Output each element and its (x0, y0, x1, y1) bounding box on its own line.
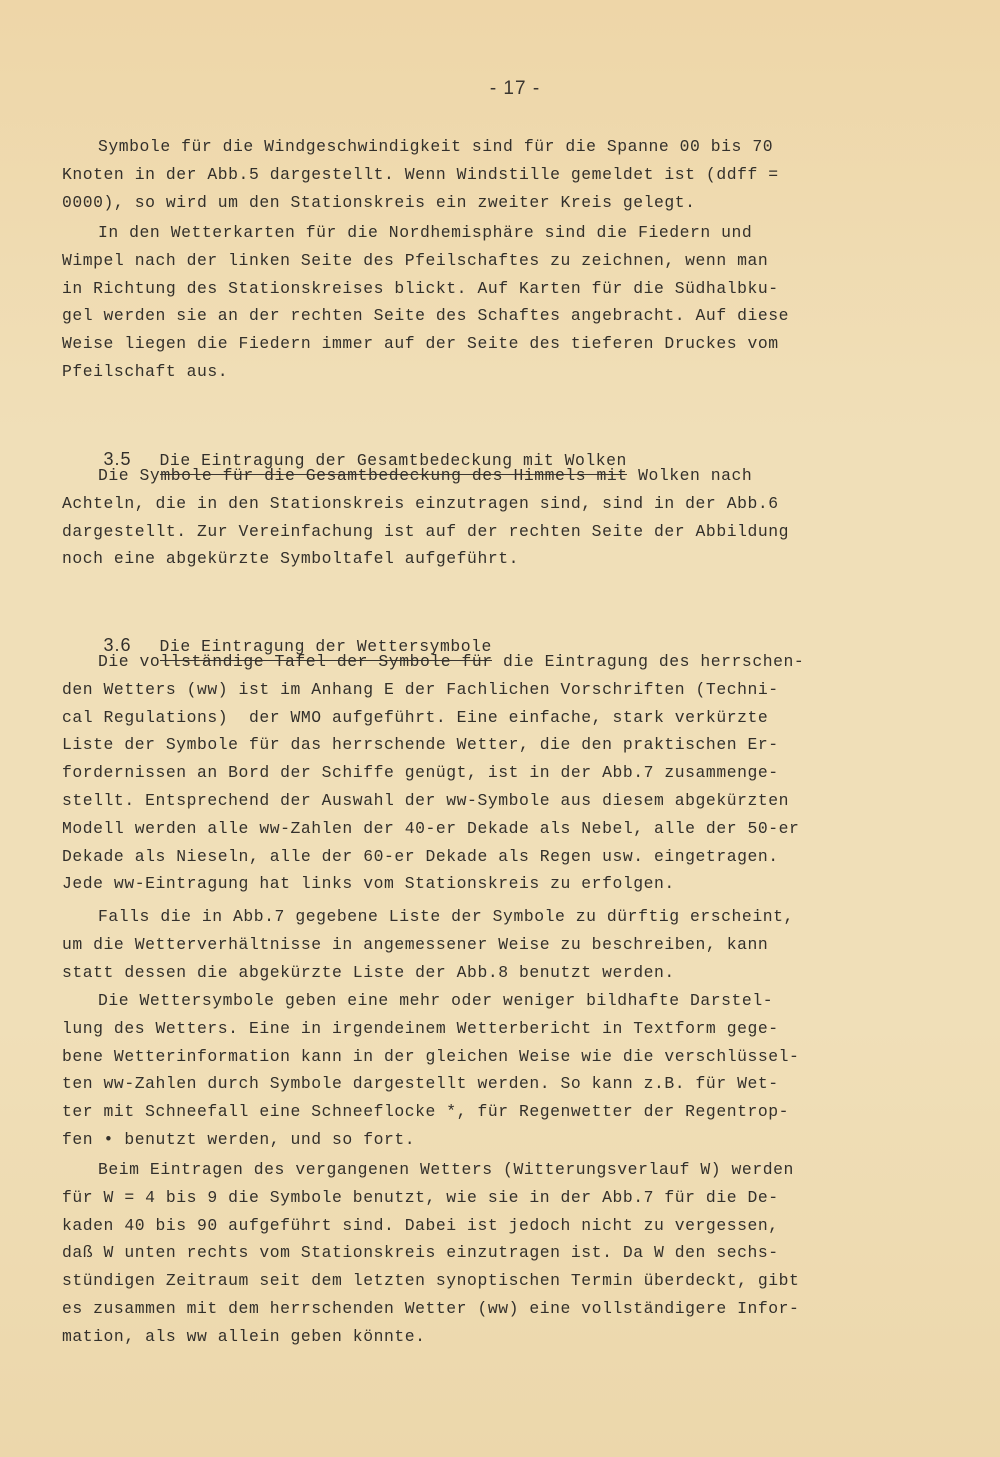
text-line: Modell werden alle ww-Zahlen der 40-er D… (62, 815, 892, 843)
text-line: ten ww-Zahlen durch Symbole dargestellt … (62, 1070, 892, 1098)
text-line: kaden 40 bis 90 aufgeführt sind. Dabei i… (62, 1212, 892, 1240)
document-page: - 17 - Symbole für die Windgeschwindigke… (0, 0, 1000, 1457)
text-line: stellt. Entsprechend der Auswahl der ww-… (62, 787, 892, 815)
text-line: Die Symbole für die Gesamtbedeckung des … (62, 462, 892, 490)
paragraph-cloud-cover: Die Symbole für die Gesamtbedeckung des … (62, 462, 892, 573)
text-line: Die Wettersymbole geben eine mehr oder w… (62, 987, 892, 1015)
text-line: Beim Eintragen des vergangenen Wetters (… (62, 1156, 892, 1184)
text-line: Weise liegen die Fiedern immer auf der S… (62, 330, 892, 358)
text-line: um die Wetterverhältnisse in angemessene… (62, 931, 892, 959)
text-line: Die vollständige Tafel der Symbole für d… (62, 648, 892, 676)
paragraph-barbs-hemisphere: In den Wetterkarten für die Nordhemisphä… (62, 219, 892, 386)
paragraph-past-weather: Beim Eintragen des vergangenen Wetters (… (62, 1156, 892, 1351)
text-line: 0000), so wird um den Stationskreis ein … (62, 189, 892, 217)
text-line: cal Regulations) der WMO aufgeführt. Ein… (62, 704, 892, 732)
text-line: noch eine abgekürzte Symboltafel aufgefü… (62, 545, 892, 573)
text-line: statt dessen die abgekürzte Liste der Ab… (62, 959, 892, 987)
text-line: Knoten in der Abb.5 dargestellt. Wenn Wi… (62, 161, 892, 189)
page-number: - 17 - (0, 78, 1000, 100)
paragraph-weather-symbols-table: Die vollständige Tafel der Symbole für d… (62, 648, 892, 898)
text-line: daß W unten rechts vom Stationskreis ein… (62, 1239, 892, 1267)
text-line: lung des Wetters. Eine in irgendeinem We… (62, 1015, 892, 1043)
text-line: Jede ww-Eintragung hat links vom Station… (62, 870, 892, 898)
text-line: in Richtung des Stationskreises blickt. … (62, 275, 892, 303)
text-line: mation, als ww allein geben könnte. (62, 1323, 892, 1351)
text-line: fordernissen an Bord der Schiffe genügt,… (62, 759, 892, 787)
text-line: Falls die in Abb.7 gegebene Liste der Sy… (62, 903, 892, 931)
text-line: bene Wetterinformation kann in der gleic… (62, 1043, 892, 1071)
text-line: den Wetters (ww) ist im Anhang E der Fac… (62, 676, 892, 704)
text-line: es zusammen mit dem herrschenden Wetter … (62, 1295, 892, 1323)
text-line: dargestellt. Zur Vereinfachung ist auf d… (62, 518, 892, 546)
text-line: Wimpel nach der linken Seite des Pfeilsc… (62, 247, 892, 275)
text-line: Liste der Symbole für das herrschende We… (62, 731, 892, 759)
text-line: ter mit Schneefall eine Schneeflocke *, … (62, 1098, 892, 1126)
text-line: fen • benutzt werden, und so fort. (62, 1126, 892, 1154)
text-line: Pfeilschaft aus. (62, 358, 892, 386)
text-line: Dekade als Nieseln, alle der 60-er Dekad… (62, 843, 892, 871)
text-line: In den Wetterkarten für die Nordhemisphä… (62, 219, 892, 247)
text-line: für W = 4 bis 9 die Symbole benutzt, wie… (62, 1184, 892, 1212)
text-line: Achteln, die in den Stationskreis einzut… (62, 490, 892, 518)
text-line: stündigen Zeitraum seit dem letzten syno… (62, 1267, 892, 1295)
text-line: gel werden sie an der rechten Seite des … (62, 302, 892, 330)
paragraph-wind-speed: Symbole für die Windgeschwindigkeit sind… (62, 133, 892, 216)
paragraph-abbreviated-list: Falls die in Abb.7 gegebene Liste der Sy… (62, 903, 892, 986)
paragraph-pictorial-symbols: Die Wettersymbole geben eine mehr oder w… (62, 987, 892, 1154)
text-line: Symbole für die Windgeschwindigkeit sind… (62, 133, 892, 161)
